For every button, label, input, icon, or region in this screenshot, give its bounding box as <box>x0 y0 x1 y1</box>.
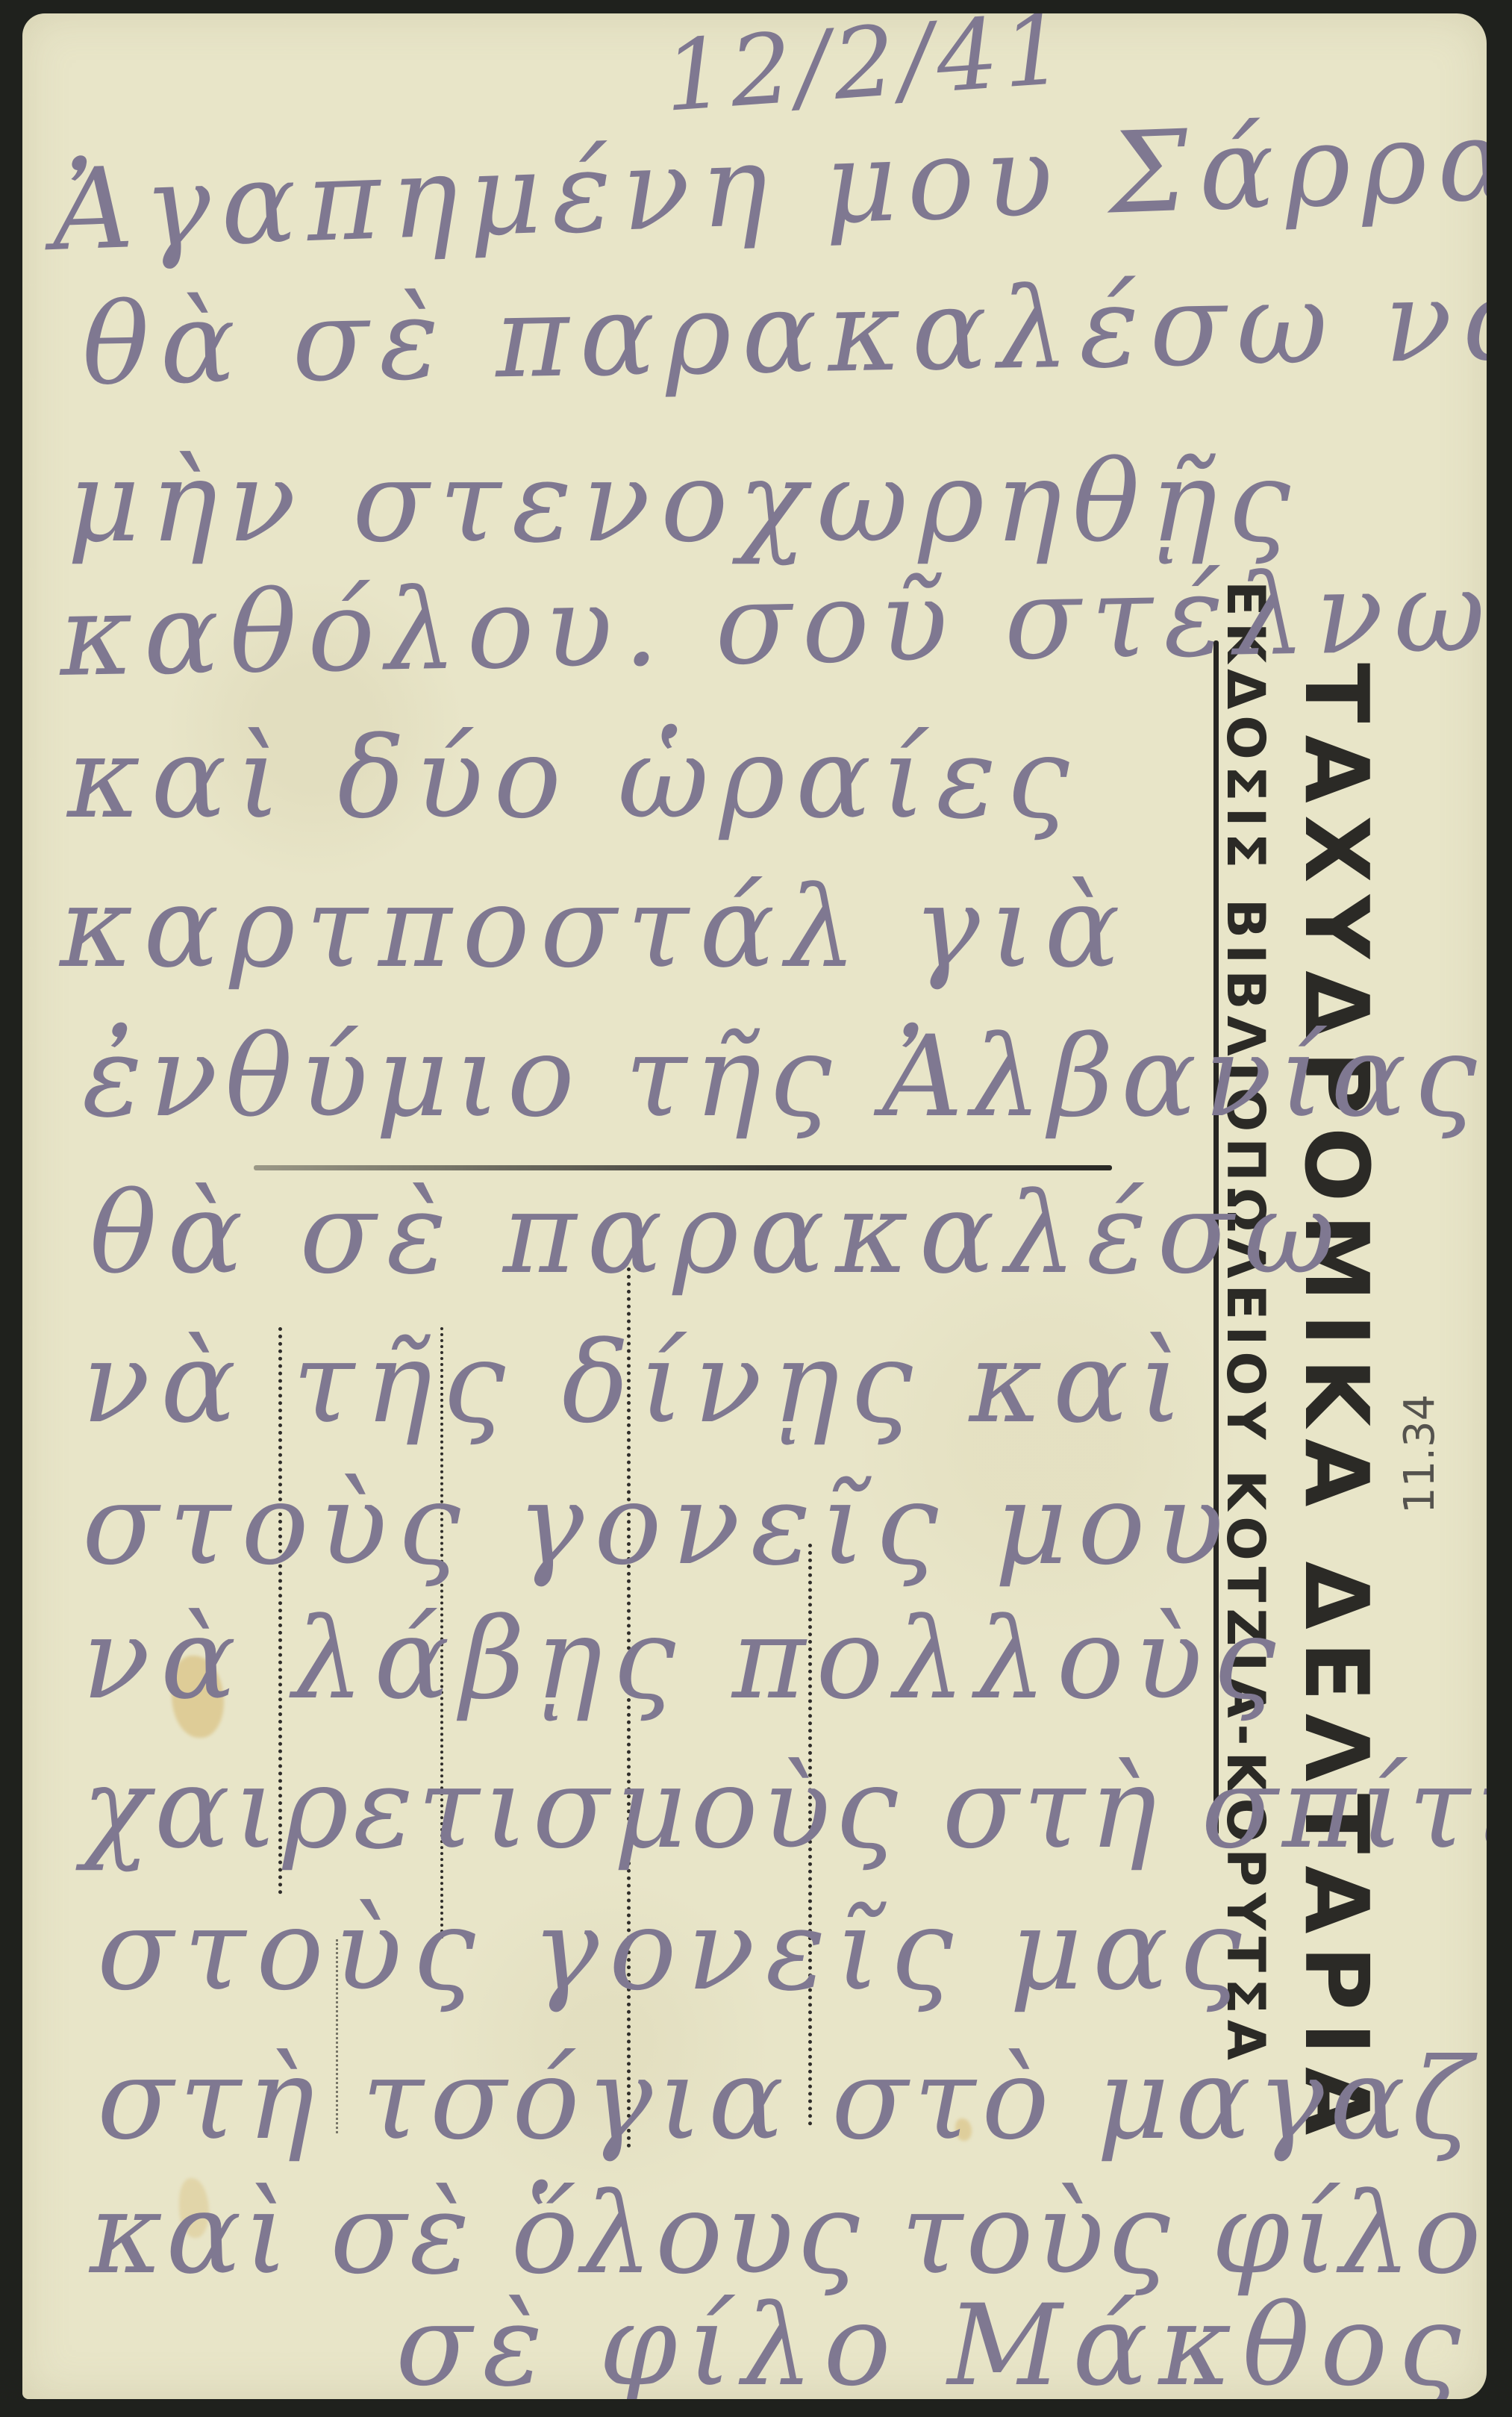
handwritten-line: Ἀγαπημένη μου Σάρρα <box>50 104 1487 267</box>
handwritten-line: σὲ φίλο Μάκθος <box>396 2290 1471 2399</box>
handwritten-line: χαιρετισμοὺς στὴ σπίτι <box>82 1753 1487 1865</box>
handwritten-line: νὰ λάβῃς πολλοὺς <box>82 1603 1286 1715</box>
handwritten-line: στοὺς γονεῖς μας <box>97 1894 1252 2006</box>
postcard: ΤΑΧΥΔΡΟΜΙΚΑ ΔΕΛΤΑΡΙΑ ΕΚΔΟΣΙΣ ΒΙΒΛΙΟΠΩΛΕΙ… <box>22 13 1487 2399</box>
handwritten-line: καὶ δύο ὡραίες <box>67 723 1080 835</box>
catalog-number: 11.34 <box>1396 1394 1444 1514</box>
handwritten-line: ἐνθύμιο τῆς Ἀλβανίας <box>82 1021 1484 1133</box>
handwritten-line: θὰ σὲ παρακαλέσω <box>90 1178 1346 1290</box>
scan-background: ΤΑΧΥΔΡΟΜΙΚΑ ΔΕΛΤΑΡΙΑ ΕΚΔΟΣΙΣ ΒΙΒΛΙΟΠΩΛΕΙ… <box>0 0 1512 2417</box>
handwritten-line: καρτποστάλ γιὰ <box>60 872 1131 984</box>
handwritten-line: στοὺς γονεῖς μου <box>82 1469 1234 1581</box>
handwritten-line: στὴ τσόγια στὸ μαγαζί <box>97 2044 1487 2156</box>
handwritten-line: καὶ σὲ ὅλους τοὺς φίλους <box>90 2178 1487 2290</box>
publisher-stamp-title: ΤΑΧΥΔΡΟΜΙΚΑ ΔΕΛΤΑΡΙΑ <box>1285 663 1388 2147</box>
handwritten-line: νὰ τῆς δίνῃς καὶ <box>82 1327 1193 1439</box>
handwritten-line: θὰ σὲ παρακαλέσω νὰ <box>81 264 1487 402</box>
handwritten-date: 12/2/41 <box>660 13 1072 125</box>
handwritten-line: μὴν στενοχωρηθῇς <box>67 446 1301 558</box>
handwritten-line: καθόλου. σοῦ στέλνω <box>59 555 1487 693</box>
